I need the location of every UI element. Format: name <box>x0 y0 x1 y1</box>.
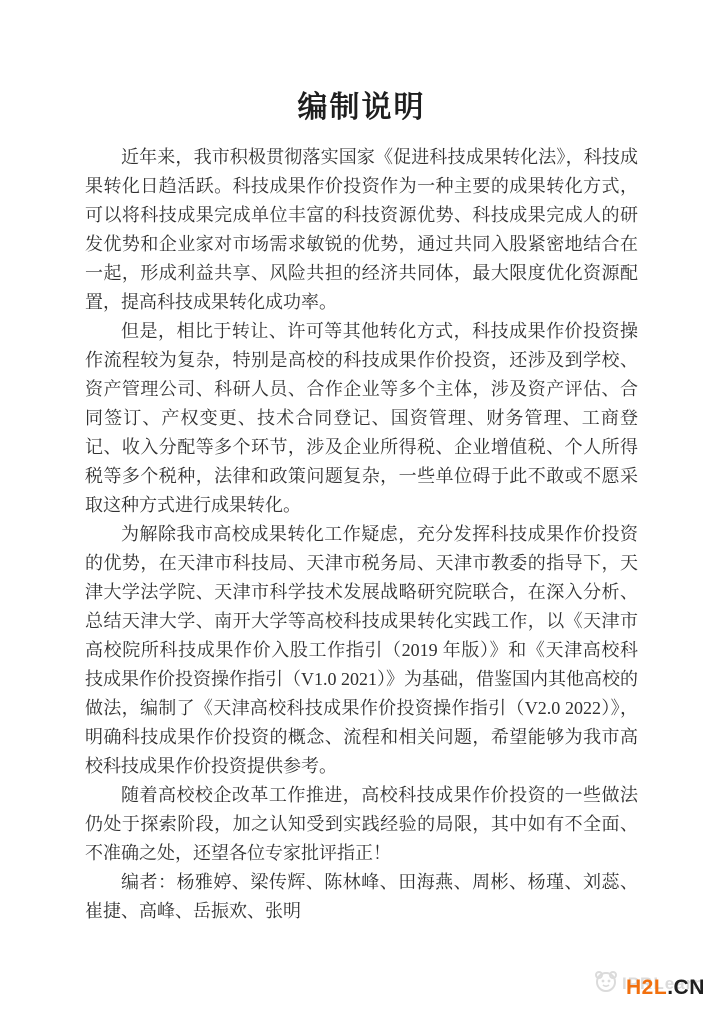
paragraph: 近年来，我市积极贯彻落实国家《促进科技成果转化法》，科技成果转化日趋活跃。科技成… <box>85 143 638 317</box>
paragraph-editors: 编者：杨雅婷、梁传辉、陈林峰、田海燕、周彬、杨瑾、刘蕊、崔捷、高峰、岳振欢、张明 <box>85 868 638 926</box>
site-watermark: IPRLearn H2L.CN <box>593 966 719 1004</box>
paragraph: 随着高校校企改革工作推进，高校科技成果作价投资的一些做法仍处于探索阶段，加之认知… <box>85 781 638 868</box>
mascot-face-icon <box>593 968 619 999</box>
watermark-site-name: H2L.CN <box>626 976 705 1000</box>
paragraph: 但是，相比于转让、许可等其他转化方式，科技成果作价投资操作流程较为复杂，特别是高… <box>85 317 638 520</box>
document-body: 近年来，我市积极贯彻落实国家《促进科技成果转化法》，科技成果转化日趋活跃。科技成… <box>85 143 638 926</box>
watermark-brand: H2L <box>626 976 667 999</box>
page-title: 编制说明 <box>85 82 638 126</box>
watermark-brand-suffix: .CN <box>667 976 705 999</box>
document-page: 编制说明 近年来，我市积极贯彻落实国家《促进科技成果转化法》，科技成果转化日趋活… <box>0 0 720 1018</box>
paragraph: 为解除我市高校成果转化工作疑虑，充分发挥科技成果作价投资的优势，在天津市科技局、… <box>85 520 638 781</box>
